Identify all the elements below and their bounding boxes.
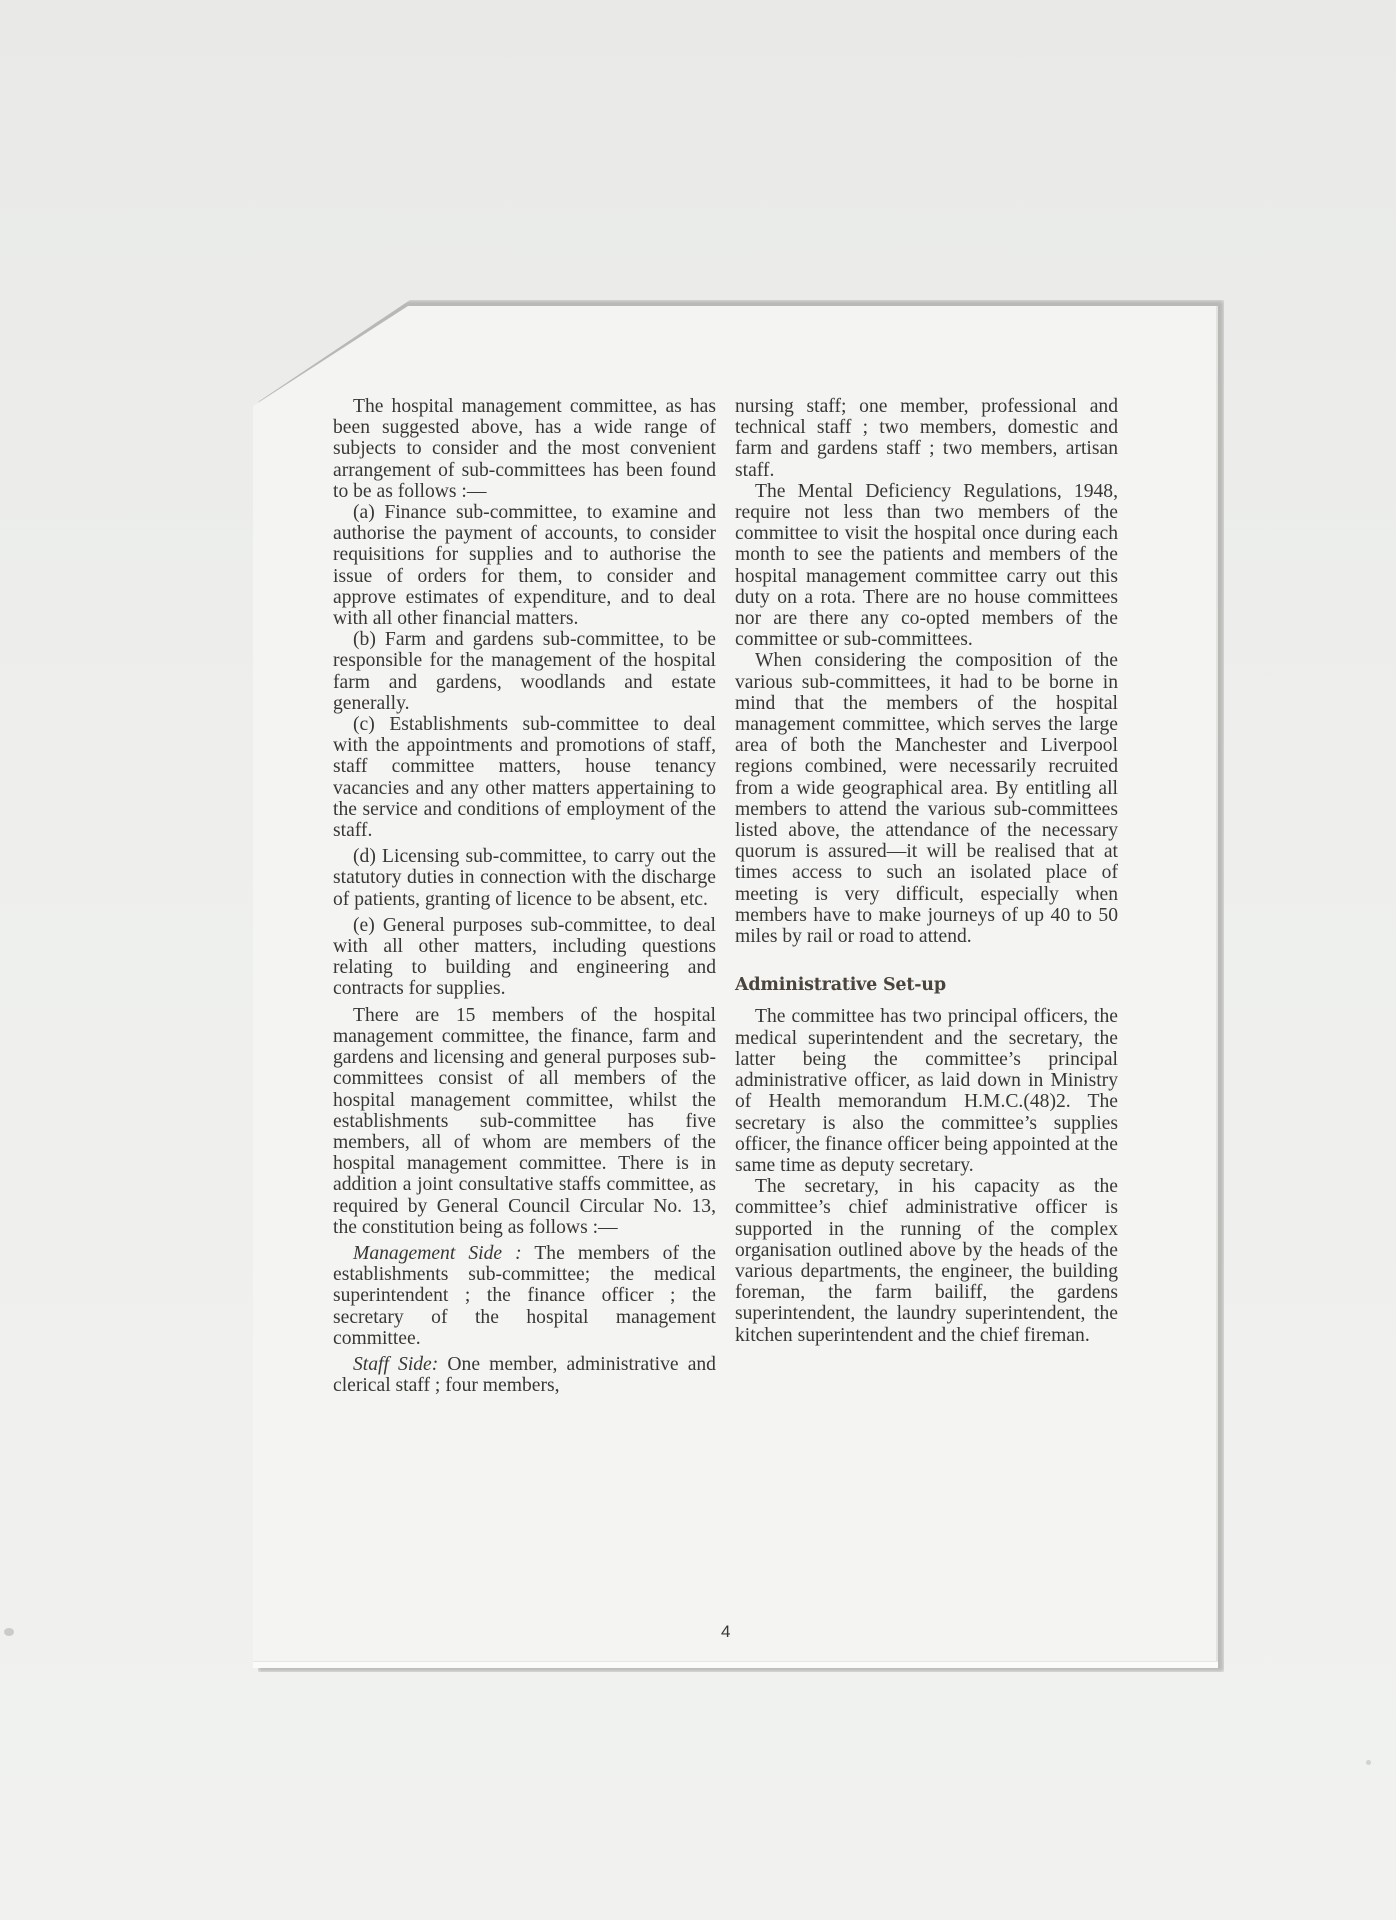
paragraph-mental-deficiency-regulations: The Mental Deficiency Regulations, 1948,… [735, 481, 1118, 651]
left-column: The hospital management committee, as ha… [333, 396, 716, 1396]
paragraph-staff-side-continuation: nursing staff; one member, professional … [735, 396, 1118, 481]
paragraph-principal-officers: The committee has two principal officers… [735, 1006, 1118, 1176]
right-column: nursing staff; one member, professional … [735, 396, 1118, 1346]
paragraph-establishments-subcommittee: (c) Establishments sub-committee to deal… [333, 714, 716, 841]
paragraph-management-side: Management Side : The members of the est… [333, 1243, 716, 1349]
paragraph-members-count: There are 15 members of the hospital man… [333, 1005, 716, 1238]
paragraph-intro: The hospital management committee, as ha… [333, 396, 716, 502]
paragraph-composition: When considering the composition of the … [735, 650, 1118, 947]
paragraph-farm-gardens-subcommittee: (b) Farm and gardens sub-committee, to b… [333, 629, 716, 714]
page-number: 4 [721, 1622, 730, 1642]
scan-speck [1366, 1760, 1371, 1765]
management-side-label: Management Side : [353, 1243, 522, 1264]
scan-speck [4, 1628, 14, 1636]
section-heading-administrative-setup: Administrative Set-up [735, 975, 1118, 996]
staff-side-label: Staff Side: [353, 1354, 438, 1375]
paragraph-staff-side: Staff Side: One member, administra­tive … [333, 1354, 716, 1396]
paragraph-secretary-support: The secretary, in his capacity as the co… [735, 1176, 1118, 1346]
paragraph-licensing-subcommittee: (d) Licensing sub-committee, to carry ou… [333, 846, 716, 910]
paragraph-finance-subcommittee: (a) Finance sub-committee, to examine an… [333, 502, 716, 629]
paragraph-general-purposes-subcommittee: (e) General purposes sub-committee, to d… [333, 915, 716, 1000]
